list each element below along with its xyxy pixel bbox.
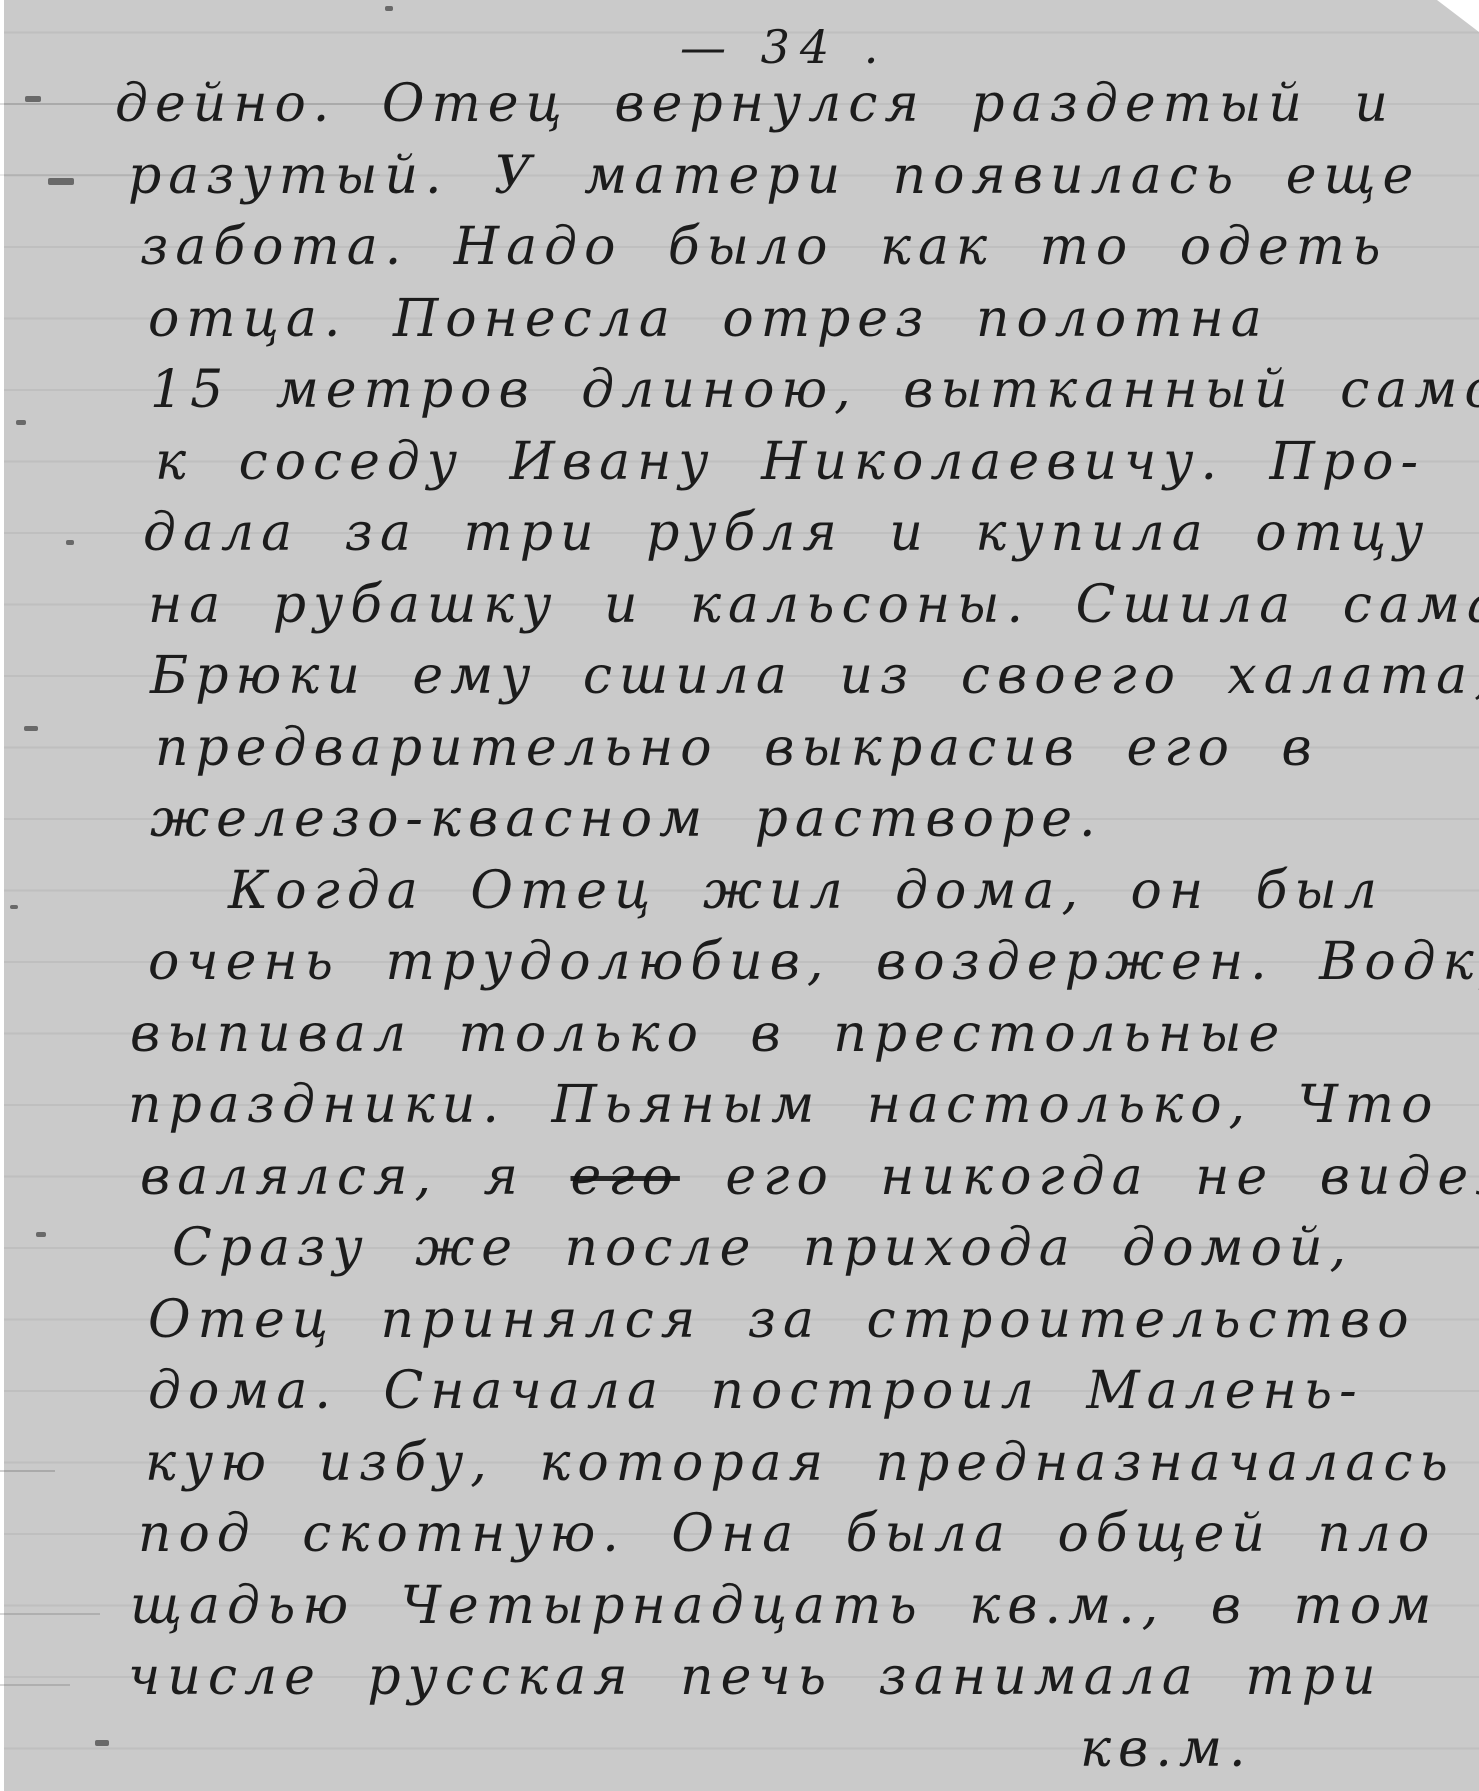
handwritten-line: под скотную. Она была общей пло — (138, 1508, 1479, 1560)
ink-speck (36, 1232, 46, 1237)
handwritten-line: очень трудолюбив, воздержен. Водку (148, 936, 1479, 988)
ink-speck (25, 96, 41, 102)
ink-speck (95, 1740, 109, 1746)
ink-speck (16, 420, 26, 425)
handwritten-line: дала за три рубля и купила отцу (143, 507, 1430, 559)
handwritten-line: 15 метров длиною, вытканный самой, (150, 364, 1479, 416)
handwritten-line: дейно. Отец вернулся раздетый и (115, 78, 1395, 130)
handwritten-line: Сразу же после прихода домой, (172, 1222, 1353, 1274)
ruled-line (0, 1684, 70, 1686)
handwritten-line: щадью Четырнадцать кв.м., в том (130, 1580, 1438, 1632)
handwritten-line: праздники. Пьяным настолько, Что бы (128, 1079, 1479, 1131)
line-text-before-strike: валялся, я (140, 1147, 571, 1207)
handwritten-line: забота. Надо было как то одеть (140, 221, 1387, 273)
handwritten-line: кую избу, которая предназначалась (145, 1437, 1455, 1489)
ruled-line (0, 1470, 55, 1472)
handwritten-line: на рубашку и кальсоны. Сшила сама. (148, 579, 1479, 631)
ruled-line (0, 1613, 100, 1615)
handwritten-line: числе русская печь занимала три (128, 1651, 1382, 1703)
handwritten-line: Брюки ему сшила из своего халата, (150, 650, 1479, 702)
handwritten-line: отца. Понесла отрез полотна (148, 293, 1269, 345)
ink-speck (48, 178, 74, 185)
handwritten-line: разутый. У матери появилась еще (128, 150, 1420, 202)
page-number: — 34 . (680, 20, 888, 74)
ink-speck (385, 6, 393, 11)
ink-speck (10, 905, 18, 909)
handwritten-line: дома. Сначала построил Малень- (148, 1365, 1364, 1417)
struck-word: его (571, 1147, 680, 1207)
handwritten-line: кв.м. (1080, 1723, 1253, 1775)
scanned-manuscript-page: — 34 . дейно. Отец вернулся раздетый и р… (0, 0, 1479, 1791)
ink-speck (24, 726, 38, 731)
handwritten-line: Отец принялся за строительство (148, 1294, 1416, 1346)
handwritten-line: выпивал только в престольные (130, 1008, 1286, 1060)
handwritten-line: валялся, я его его никогда не видел. (140, 1151, 1479, 1203)
ink-speck (66, 540, 74, 545)
line-text-after-strike: его никогда не видел. (680, 1147, 1479, 1207)
handwritten-line: железо-квасном растворе. (150, 793, 1103, 845)
handwritten-line: предварительно выкрасив его в (155, 722, 1319, 774)
handwritten-line: к соседу Ивану Николаевичу. Про- (155, 436, 1425, 488)
handwritten-line: Когда Отец жил дома, он был (228, 865, 1384, 917)
